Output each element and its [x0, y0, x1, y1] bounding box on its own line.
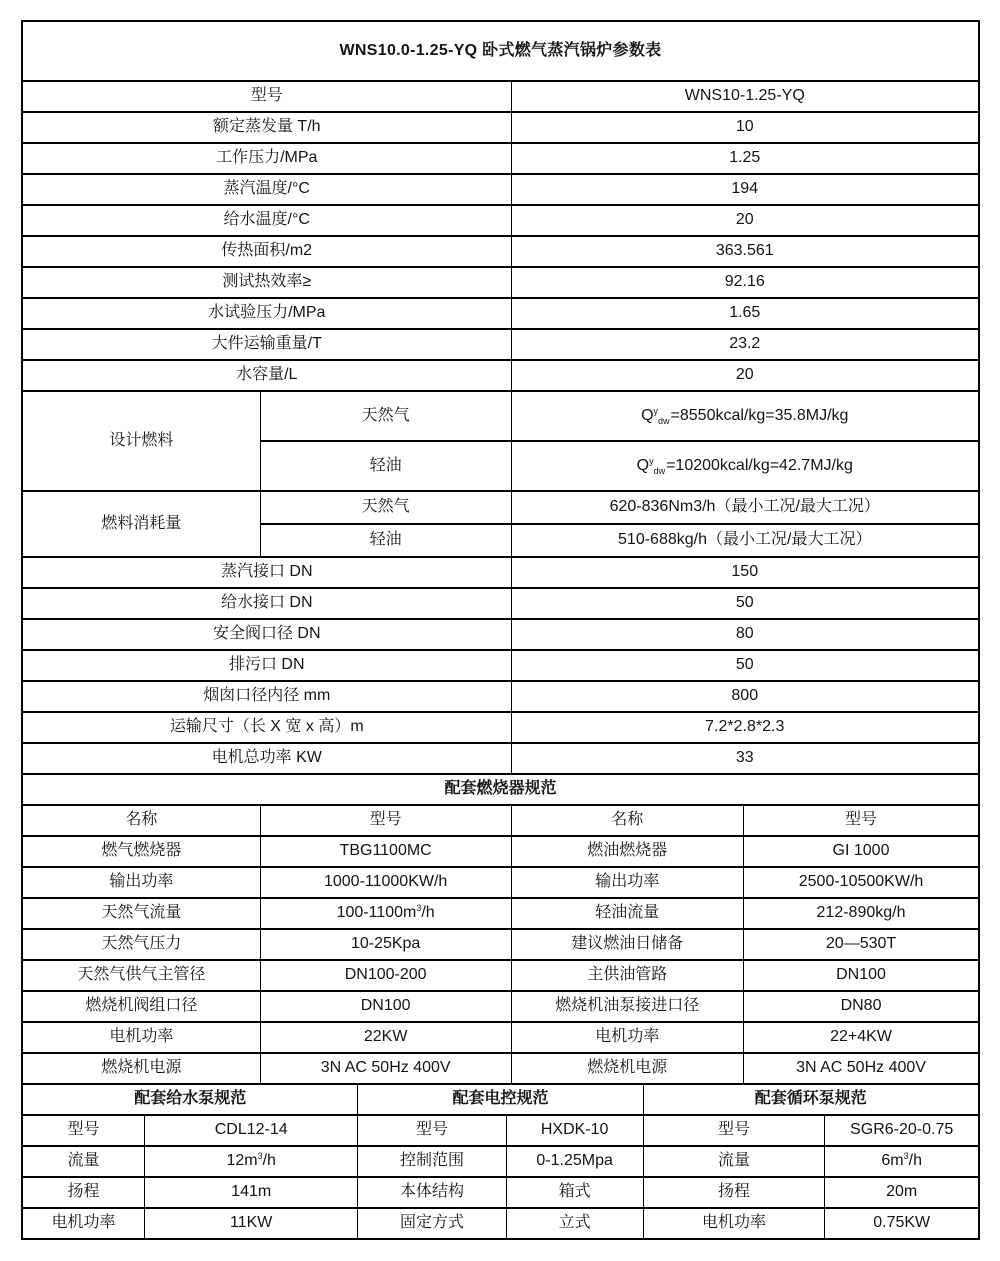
table-cell: Qydw=8550kcal/kg=35.8MJ/kg: [511, 391, 979, 441]
table-cell: 141m: [144, 1177, 357, 1208]
table-cell: 水容量/L: [22, 360, 511, 391]
section-header-circulation-pump: 配套循环泵规范: [643, 1084, 979, 1115]
table-cell: 固定方式: [358, 1208, 506, 1239]
sup-part: 3: [416, 903, 421, 913]
table-cell: 22+4KW: [744, 1022, 979, 1053]
table-cell: 给水接口 DN: [22, 588, 511, 619]
table-cell: 箱式: [506, 1177, 643, 1208]
table-row: 给水接口 DN50: [22, 588, 979, 619]
text-part: =10200kcal/kg=42.7MJ/kg: [666, 457, 853, 474]
table-cell: 电机功率: [22, 1208, 144, 1239]
table-cell: 6m3/h: [825, 1146, 979, 1177]
section-header-burner: 配套燃烧器规范: [22, 774, 979, 805]
table-row: 燃料消耗量天然气620-836Nm3/h（最小工况/最大工况）: [22, 491, 979, 524]
table-row: 流量12m3/h控制范围0-1.25Mpa流量6m3/h: [22, 1146, 979, 1177]
table-cell: 7.2*2.8*2.3: [511, 712, 979, 743]
table-cell: 型号: [744, 805, 979, 836]
table-cell: 1000-11000KW/h: [260, 867, 511, 898]
title-table: WNS10.0-1.25-YQ 卧式燃气蒸汽锅炉参数表: [21, 20, 980, 82]
table-cell: 传热面积/m2: [22, 236, 511, 267]
table-cell: 100-1100m3/h: [260, 898, 511, 929]
connections-table: 蒸汽接口 DN150给水接口 DN50安全阀口径 DN80排污口 DN50烟囱口…: [21, 556, 980, 775]
table-cell: 燃烧机电源: [22, 1053, 260, 1084]
table-cell: 150: [511, 557, 979, 588]
table-cell: 50: [511, 588, 979, 619]
sub-part: dw: [658, 416, 670, 426]
table-cell: 92.16: [511, 267, 979, 298]
fuel-table: 设计燃料天然气Qydw=8550kcal/kg=35.8MJ/kg轻油Qydw=…: [21, 390, 980, 558]
table-cell: 排污口 DN: [22, 650, 511, 681]
table-cell: 194: [511, 174, 979, 205]
table-row: 扬程141m本体结构箱式扬程20m: [22, 1177, 979, 1208]
table-cell: 蒸汽温度/°C: [22, 174, 511, 205]
sup-part: y: [649, 456, 654, 466]
table-cell: 2500-10500KW/h: [744, 867, 979, 898]
table-cell: 20—530T: [744, 929, 979, 960]
table-cell: 安全阀口径 DN: [22, 619, 511, 650]
table-cell: 510-688kg/h（最小工况/最大工况）: [511, 524, 979, 557]
table-cell: 型号: [22, 81, 511, 112]
table-row: 水容量/L20: [22, 360, 979, 391]
table-cell: 设计燃料: [22, 391, 260, 491]
table-cell: Qydw=10200kcal/kg=42.7MJ/kg: [511, 441, 979, 491]
table-cell: HXDK-10: [506, 1115, 643, 1146]
table-row: 型号CDL12-14型号HXDK-10型号SGR6-20-0.75: [22, 1115, 979, 1146]
table-cell: 型号: [22, 1115, 144, 1146]
text-part: Q: [641, 407, 653, 424]
section-header-electric-control: 配套电控规范: [358, 1084, 643, 1115]
table-cell: 扬程: [22, 1177, 144, 1208]
table-cell: 3N AC 50Hz 400V: [260, 1053, 511, 1084]
table-cell: DN100: [260, 991, 511, 1022]
table-cell: SGR6-20-0.75: [825, 1115, 979, 1146]
table-cell: 水试验压力/MPa: [22, 298, 511, 329]
table-row: 额定蒸发量 T/h10: [22, 112, 979, 143]
table-cell: 蒸汽接口 DN: [22, 557, 511, 588]
table-row: 电机功率22KW电机功率22+4KW: [22, 1022, 979, 1053]
table-cell: DN100-200: [260, 960, 511, 991]
table-cell: 测试热效率≥: [22, 267, 511, 298]
table-cell: 620-836Nm3/h（最小工况/最大工况）: [511, 491, 979, 524]
table-cell: GI 1000: [744, 836, 979, 867]
table-cell: 电机功率: [22, 1022, 260, 1053]
table-cell: CDL12-14: [144, 1115, 357, 1146]
table-row: WNS10.0-1.25-YQ 卧式燃气蒸汽锅炉参数表: [22, 21, 979, 81]
page-title: WNS10.0-1.25-YQ 卧式燃气蒸汽锅炉参数表: [22, 21, 979, 81]
table-cell: 流量: [22, 1146, 144, 1177]
table-row: 燃烧机阀组口径DN100燃烧机油泵接进口径DN80: [22, 991, 979, 1022]
table-cell: 燃烧机电源: [511, 1053, 744, 1084]
table-cell: 363.561: [511, 236, 979, 267]
table-row: 运输尺寸（长 X 宽 x 高）m7.2*2.8*2.3: [22, 712, 979, 743]
table-cell: 流量: [643, 1146, 825, 1177]
table-cell: 3N AC 50Hz 400V: [744, 1053, 979, 1084]
text-part: Q: [637, 457, 649, 474]
boiler-parameter-sheet: WNS10.0-1.25-YQ 卧式燃气蒸汽锅炉参数表型号WNS10-1.25-…: [0, 0, 1000, 1261]
table-cell: 燃烧机油泵接进口径: [511, 991, 744, 1022]
table-cell: 20m: [825, 1177, 979, 1208]
table-row: 给水温度/°C20: [22, 205, 979, 236]
table-cell: 800: [511, 681, 979, 712]
table-stack: WNS10.0-1.25-YQ 卧式燃气蒸汽锅炉参数表型号WNS10-1.25-…: [21, 20, 980, 1240]
table-cell: 12m3/h: [144, 1146, 357, 1177]
table-cell: 23.2: [511, 329, 979, 360]
table-cell: 10-25Kpa: [260, 929, 511, 960]
table-cell: 0-1.25Mpa: [506, 1146, 643, 1177]
table-row: 名称型号名称型号: [22, 805, 979, 836]
table-cell: 天然气供气主管径: [22, 960, 260, 991]
table-cell: 轻油: [260, 524, 511, 557]
sub-part: dw: [654, 466, 666, 476]
table-cell: 型号: [643, 1115, 825, 1146]
table-row: 输出功率1000-11000KW/h输出功率2500-10500KW/h: [22, 867, 979, 898]
table-row: 天然气流量100-1100m3/h轻油流量212-890kg/h: [22, 898, 979, 929]
table-cell: DN100: [744, 960, 979, 991]
text-part: /h: [909, 1152, 922, 1169]
table-cell: 燃油燃烧器: [511, 836, 744, 867]
table-row: 蒸汽接口 DN150: [22, 557, 979, 588]
table-cell: 输出功率: [511, 867, 744, 898]
table-cell: 天然气: [260, 391, 511, 441]
table-row: 配套燃烧器规范: [22, 774, 979, 805]
text-part: /h: [421, 904, 434, 921]
table-row: 水试验压力/MPa1.65: [22, 298, 979, 329]
table-row: 燃气燃烧器TBG1100MC燃油燃烧器GI 1000: [22, 836, 979, 867]
table-cell: 型号: [260, 805, 511, 836]
table-row: 传热面积/m2363.561: [22, 236, 979, 267]
table-row: 电机功率11KW固定方式立式电机功率0.75KW: [22, 1208, 979, 1239]
table-cell: 立式: [506, 1208, 643, 1239]
text-part: 12m: [226, 1152, 257, 1169]
table-row: 大件运输重量/T23.2: [22, 329, 979, 360]
table-row: 蒸汽温度/°C194: [22, 174, 979, 205]
text-part: 100-1100m: [337, 904, 417, 921]
sup-part: 3: [904, 1151, 909, 1161]
table-cell: 电机总功率 KW: [22, 743, 511, 774]
table-cell: 额定蒸发量 T/h: [22, 112, 511, 143]
table-cell: 11KW: [144, 1208, 357, 1239]
table-cell: 50: [511, 650, 979, 681]
table-cell: 1.65: [511, 298, 979, 329]
table-row: 电机总功率 KW33: [22, 743, 979, 774]
table-row: 配套给水泵规范配套电控规范配套循环泵规范: [22, 1084, 979, 1115]
burner-table: 配套燃烧器规范名称型号名称型号燃气燃烧器TBG1100MC燃油燃烧器GI 100…: [21, 773, 980, 1085]
table-cell: 10: [511, 112, 979, 143]
table-cell: TBG1100MC: [260, 836, 511, 867]
table-cell: 控制范围: [358, 1146, 506, 1177]
table-cell: 给水温度/°C: [22, 205, 511, 236]
table-cell: 型号: [358, 1115, 506, 1146]
table-cell: 20: [511, 205, 979, 236]
table-cell: 电机功率: [511, 1022, 744, 1053]
table-cell: 输出功率: [22, 867, 260, 898]
table-cell: 轻油: [260, 441, 511, 491]
table-cell: 本体结构: [358, 1177, 506, 1208]
table-row: 工作压力/MPa1.25: [22, 143, 979, 174]
main-params-table: 型号WNS10-1.25-YQ额定蒸发量 T/h10工作压力/MPa1.25蒸汽…: [21, 80, 980, 392]
table-cell: 建议燃油日储备: [511, 929, 744, 960]
table-cell: 33: [511, 743, 979, 774]
text-part: /h: [263, 1152, 276, 1169]
table-cell: DN80: [744, 991, 979, 1022]
table-row: 烟囱口径内径 mm800: [22, 681, 979, 712]
table-cell: 轻油流量: [511, 898, 744, 929]
table-cell: 天然气: [260, 491, 511, 524]
table-row: 燃烧机电源3N AC 50Hz 400V燃烧机电源3N AC 50Hz 400V: [22, 1053, 979, 1084]
table-cell: 主供油管路: [511, 960, 744, 991]
table-cell: 大件运输重量/T: [22, 329, 511, 360]
section-header-feed-pump: 配套给水泵规范: [22, 1084, 358, 1115]
table-cell: 运输尺寸（长 X 宽 x 高）m: [22, 712, 511, 743]
table-cell: 80: [511, 619, 979, 650]
table-cell: 1.25: [511, 143, 979, 174]
sup-part: y: [654, 406, 659, 416]
pumps-table: 配套给水泵规范配套电控规范配套循环泵规范型号CDL12-14型号HXDK-10型…: [21, 1083, 980, 1240]
table-cell: 扬程: [643, 1177, 825, 1208]
table-cell: WNS10-1.25-YQ: [511, 81, 979, 112]
table-cell: 燃料消耗量: [22, 491, 260, 557]
table-row: 天然气供气主管径DN100-200主供油管路DN100: [22, 960, 979, 991]
table-cell: 天然气压力: [22, 929, 260, 960]
sup-part: 3: [258, 1151, 263, 1161]
table-cell: 燃气燃烧器: [22, 836, 260, 867]
table-cell: 22KW: [260, 1022, 511, 1053]
table-row: 排污口 DN50: [22, 650, 979, 681]
table-cell: 名称: [511, 805, 744, 836]
table-row: 设计燃料天然气Qydw=8550kcal/kg=35.8MJ/kg: [22, 391, 979, 441]
table-cell: 天然气流量: [22, 898, 260, 929]
text-part: 6m: [881, 1152, 903, 1169]
table-cell: 20: [511, 360, 979, 391]
table-cell: 212-890kg/h: [744, 898, 979, 929]
table-cell: 0.75KW: [825, 1208, 979, 1239]
table-cell: 燃烧机阀组口径: [22, 991, 260, 1022]
table-row: 型号WNS10-1.25-YQ: [22, 81, 979, 112]
table-row: 测试热效率≥92.16: [22, 267, 979, 298]
table-row: 安全阀口径 DN80: [22, 619, 979, 650]
table-cell: 名称: [22, 805, 260, 836]
table-cell: 电机功率: [643, 1208, 825, 1239]
text-part: =8550kcal/kg=35.8MJ/kg: [671, 407, 849, 424]
table-cell: 烟囱口径内径 mm: [22, 681, 511, 712]
table-row: 天然气压力10-25Kpa建议燃油日储备20—530T: [22, 929, 979, 960]
table-cell: 工作压力/MPa: [22, 143, 511, 174]
